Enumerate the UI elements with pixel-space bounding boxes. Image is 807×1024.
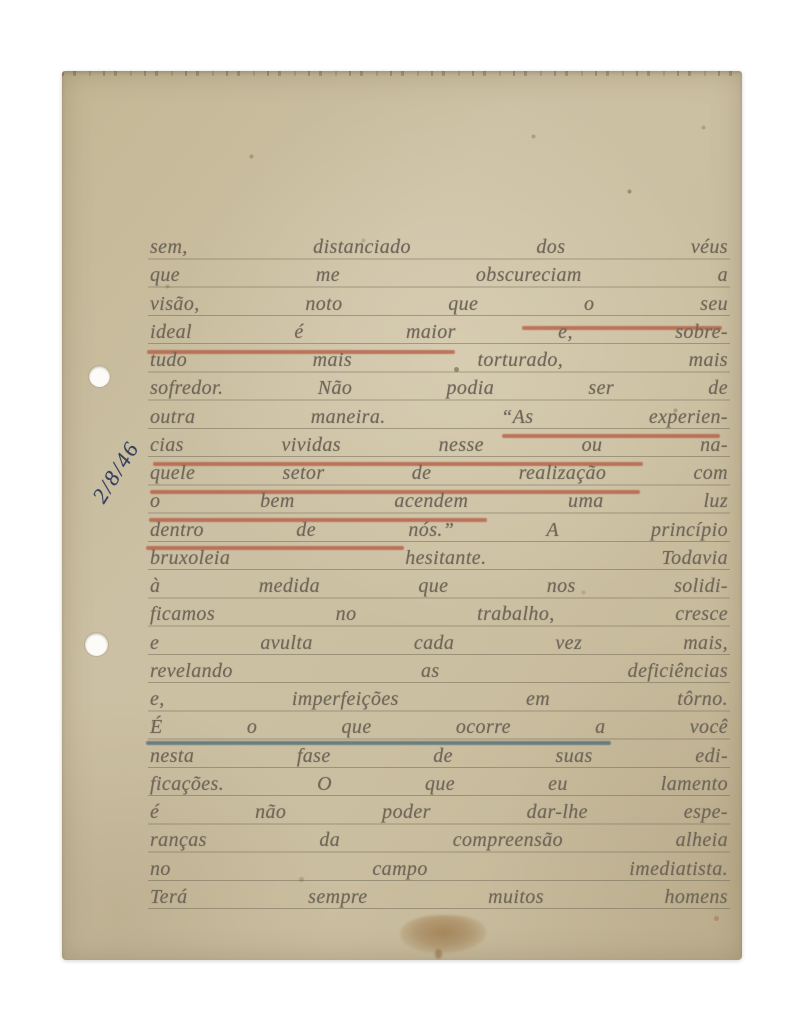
- handwriting-line: e avulta cada vez mais,: [150, 630, 728, 658]
- handwriting-line: É o que ocorre a você: [150, 714, 728, 742]
- handwriting-line: Terá sempre muitos homens: [150, 884, 728, 912]
- paper-speckles: [62, 71, 65, 74]
- handwriting-line: sofredor. Não podia ser de: [150, 375, 728, 403]
- handwriting-line: visão, noto que o seu: [150, 291, 728, 319]
- handwriting-line: revelando as deficiências: [150, 658, 728, 686]
- punch-hole-top: [89, 366, 110, 387]
- handwriting-line: outra maneira. “As experien-: [150, 404, 728, 432]
- handwriting-line: no campo imediatista.: [150, 856, 728, 884]
- handwriting-line: sem, distanciado dos véus: [150, 234, 728, 262]
- handwriting-line: nesta fase de suas edi-: [150, 743, 728, 771]
- handwriting-line: bruxoleia hesitante. Todavia: [150, 545, 728, 573]
- handwriting-line: dentro de nós.” A princípio: [150, 517, 728, 545]
- handwriting-line: que me obscureciam a: [150, 262, 728, 290]
- handwriting-line: ranças da compreensão alheia: [150, 827, 728, 855]
- handwriting-line: tudo mais torturado, mais: [150, 347, 728, 375]
- handwriting-line: quele setor de realização com: [150, 460, 728, 488]
- handwriting-line: ficações. O que eu lamento: [150, 771, 728, 799]
- punch-hole-bottom: [85, 633, 108, 656]
- handwriting-line: à medida que nos solidi-: [150, 573, 728, 601]
- deckle-edge: [62, 71, 742, 76]
- handwriting-line: o bem acendem uma luz: [150, 488, 728, 516]
- handwriting-line: é não poder dar-lhe espe-: [150, 799, 728, 827]
- ink-stain-drip: [435, 949, 442, 959]
- handwriting-line: ideal é maior e, sobre-: [150, 319, 728, 347]
- letter-page: 2/8/46 sem, distanciado dos véus que me …: [62, 71, 742, 960]
- handwriting-line: e, imperfeições em tôrno.: [150, 686, 728, 714]
- handwriting-line: cias vividas nesse ou na-: [150, 432, 728, 460]
- handwriting-line: ficamos no trabalho, cresce: [150, 601, 728, 629]
- ink-stain: [400, 915, 486, 953]
- scan-backdrop: 2/8/46 sem, distanciado dos véus que me …: [0, 0, 807, 1024]
- margin-date: 2/8/46: [80, 424, 153, 519]
